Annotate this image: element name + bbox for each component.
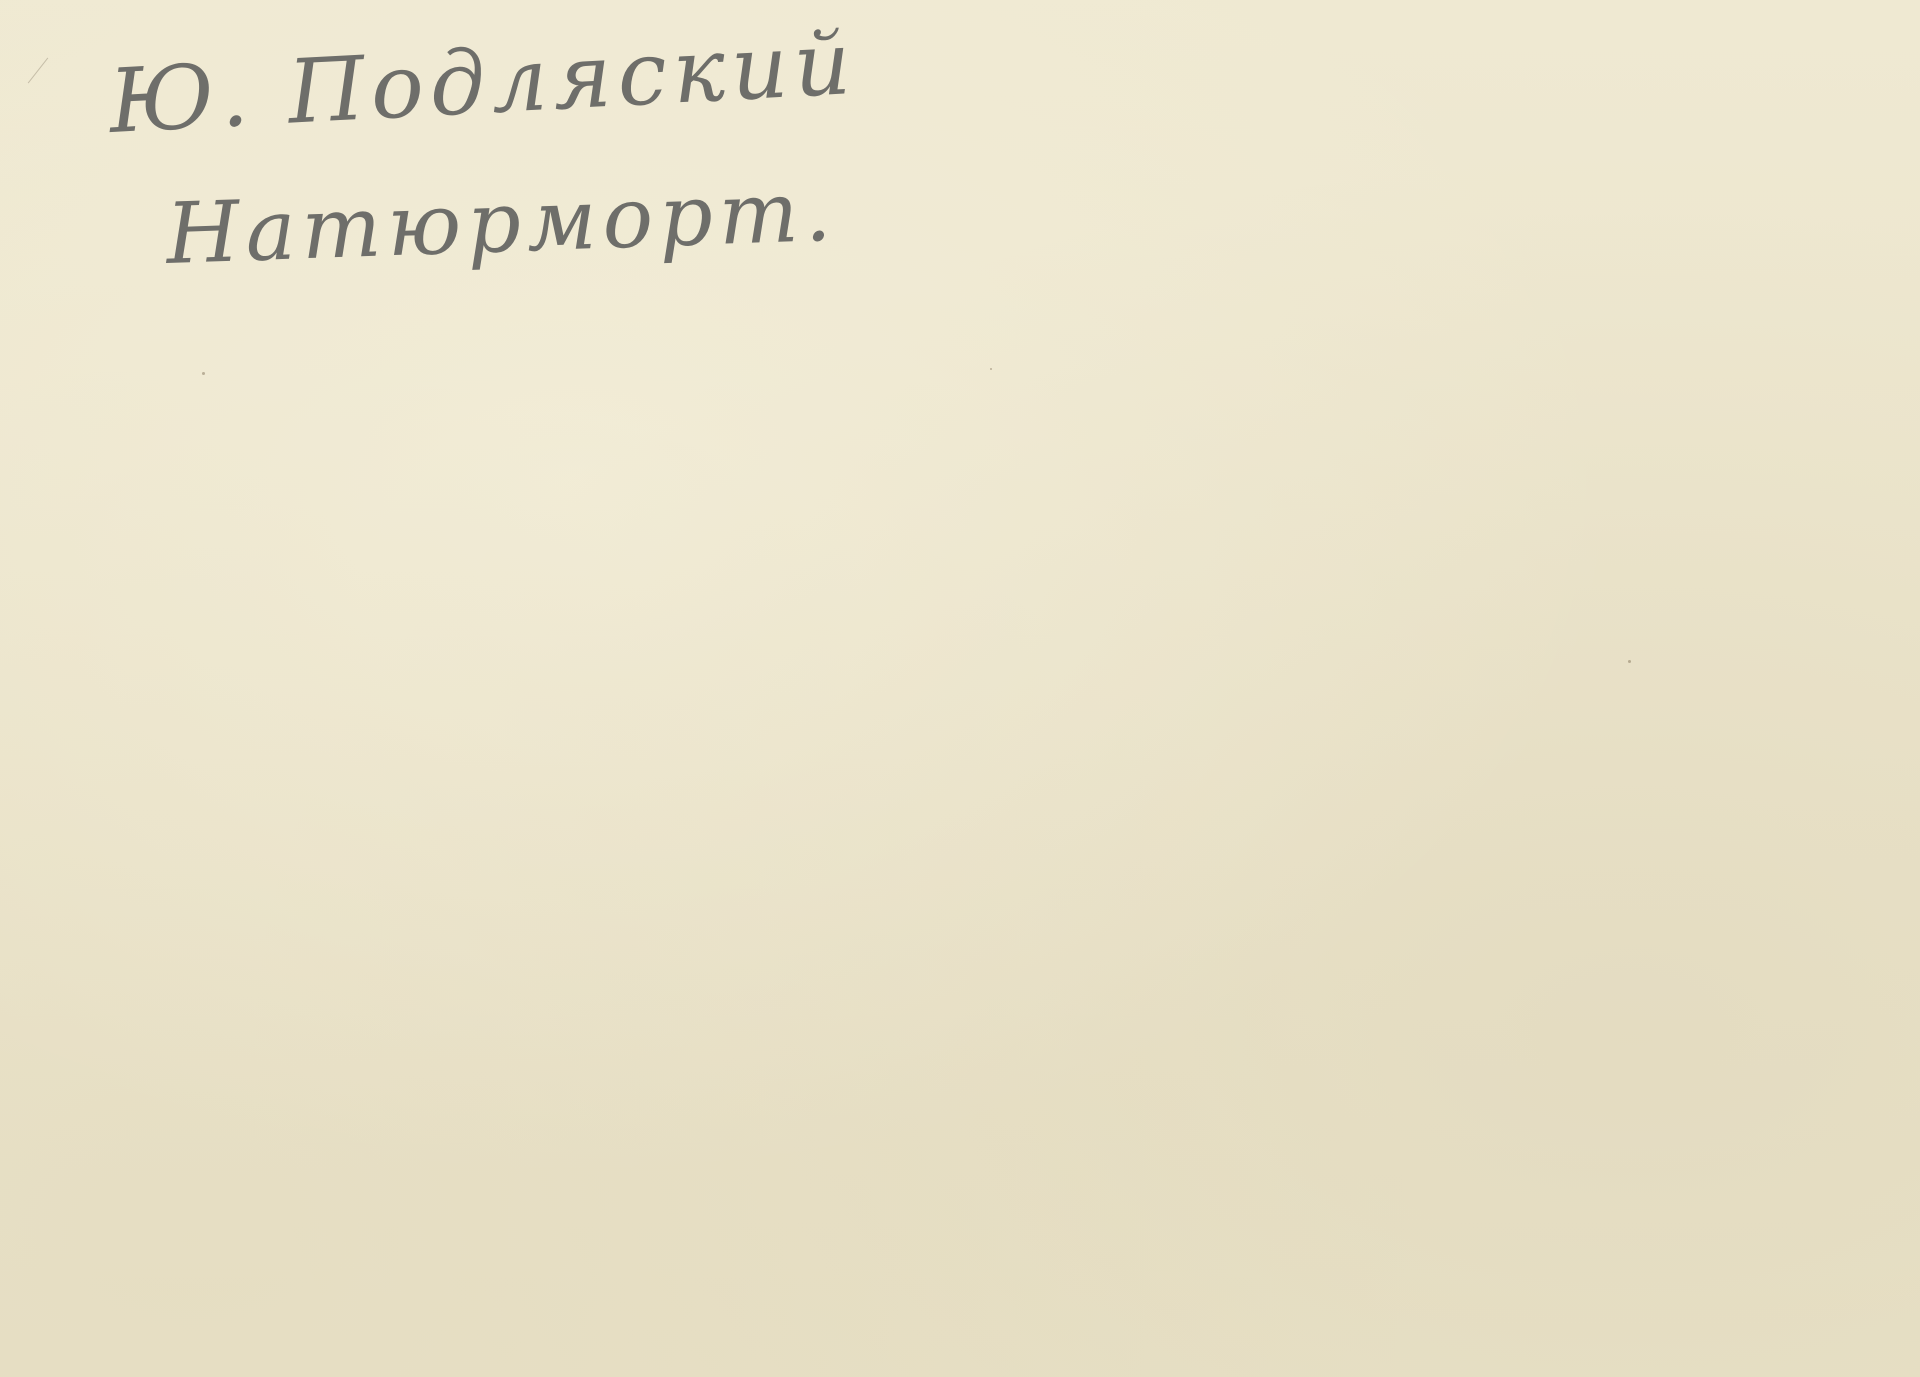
paper-scratch: [28, 58, 48, 84]
author-name: Ю. Подляский: [107, 11, 859, 153]
paper-speck: [990, 368, 992, 370]
artwork-title: Натюрморт.: [165, 162, 839, 283]
paper-speck: [202, 372, 205, 375]
paper-speck: [1628, 660, 1631, 663]
paper-card: Ю. Подляский Натюрморт.: [0, 0, 1920, 1377]
